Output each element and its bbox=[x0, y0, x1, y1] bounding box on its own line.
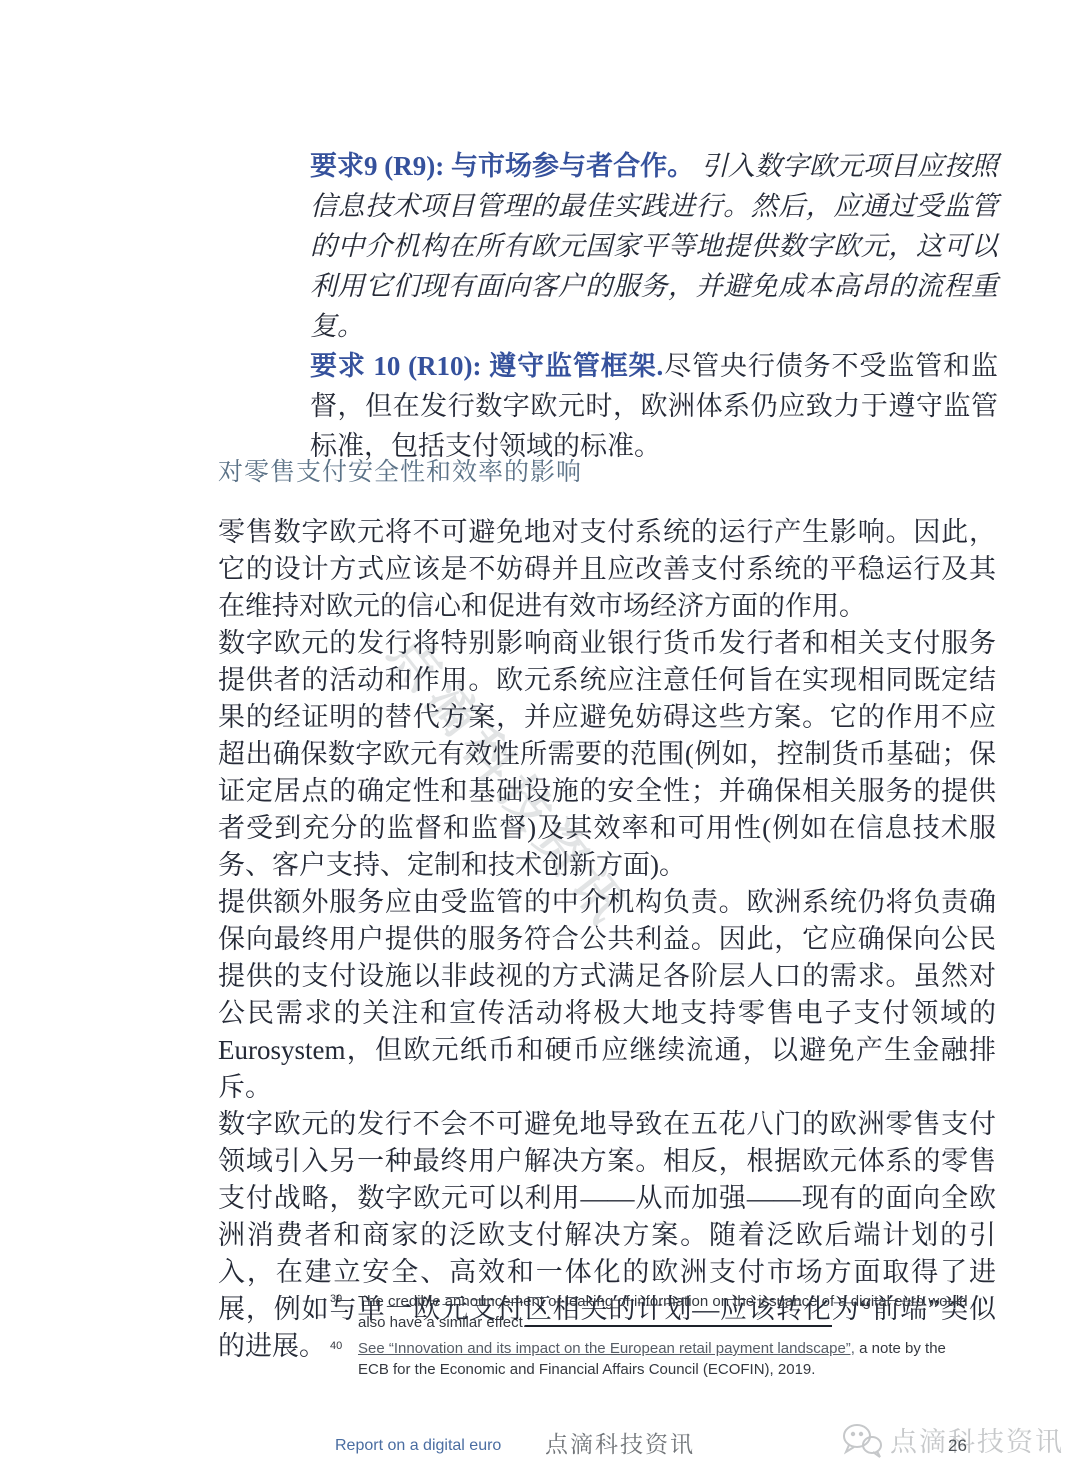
paragraph-3: 提供额外服务应由受监管的中介机构负责。欧洲系统仍将负责确保向最终用户提供的服务符… bbox=[218, 884, 996, 1106]
requirement-10-label: 要求 10 (R10): 遵守监管框架. bbox=[310, 351, 663, 381]
footnote-40: 40 See “Innovation and its impact on the… bbox=[330, 1338, 980, 1380]
page-number: 26 bbox=[948, 1436, 967, 1456]
section-heading: 对零售支付安全性和效率的影响 bbox=[218, 452, 582, 488]
footnote-40-number: 40 bbox=[330, 1336, 358, 1378]
body-text: 零售数字欧元将不可避免地对支付系统的运行产生影响。因此，它的设计方式应该是不妨碍… bbox=[218, 514, 996, 1365]
footer-watermark-text: 点滴科技资讯 bbox=[890, 1420, 1064, 1459]
footnotes: 39 The credible announcement or leaking … bbox=[330, 1291, 980, 1385]
footnote-39-number: 39 bbox=[330, 1289, 358, 1331]
requirement-10: 要求 10 (R10): 遵守监管框架.尽管央行债务不受监管和监督，但在发行数字… bbox=[310, 346, 998, 466]
report-title: Report on a digital euro bbox=[335, 1437, 501, 1455]
footnote-39-text: The credible announcement or leaking of … bbox=[358, 1291, 980, 1333]
chat-bubbles-icon bbox=[840, 1421, 884, 1459]
requirements-block: 要求9 (R9): 与市场参与者合作。 引入数字欧元项目应按照信息技术项目管理的… bbox=[310, 146, 998, 466]
requirement-9: 要求9 (R9): 与市场参与者合作。 引入数字欧元项目应按照信息技术项目管理的… bbox=[310, 146, 998, 346]
document-page: 要求9 (R9): 与市场参与者合作。 引入数字欧元项目应按照信息技术项目管理的… bbox=[0, 0, 1080, 1468]
footnote-40-text: See “Innovation and its impact on the Eu… bbox=[358, 1338, 980, 1380]
ecofin-note-link[interactable]: See “Innovation and its impact on the Eu… bbox=[358, 1340, 855, 1357]
footnote-39: 39 The credible announcement or leaking … bbox=[330, 1291, 980, 1333]
paragraph-1: 零售数字欧元将不可避免地对支付系统的运行产生影响。因此，它的设计方式应该是不妨碍… bbox=[218, 514, 996, 625]
paragraph-2: 数字欧元的发行将特别影响商业银行货币发行者和相关支付服务提供者的活动和作用。欧元… bbox=[218, 625, 996, 884]
footer-brand: 点滴科技资讯 bbox=[545, 1426, 695, 1459]
requirement-9-label: 要求9 (R9): 与市场参与者合作。 bbox=[310, 151, 694, 181]
